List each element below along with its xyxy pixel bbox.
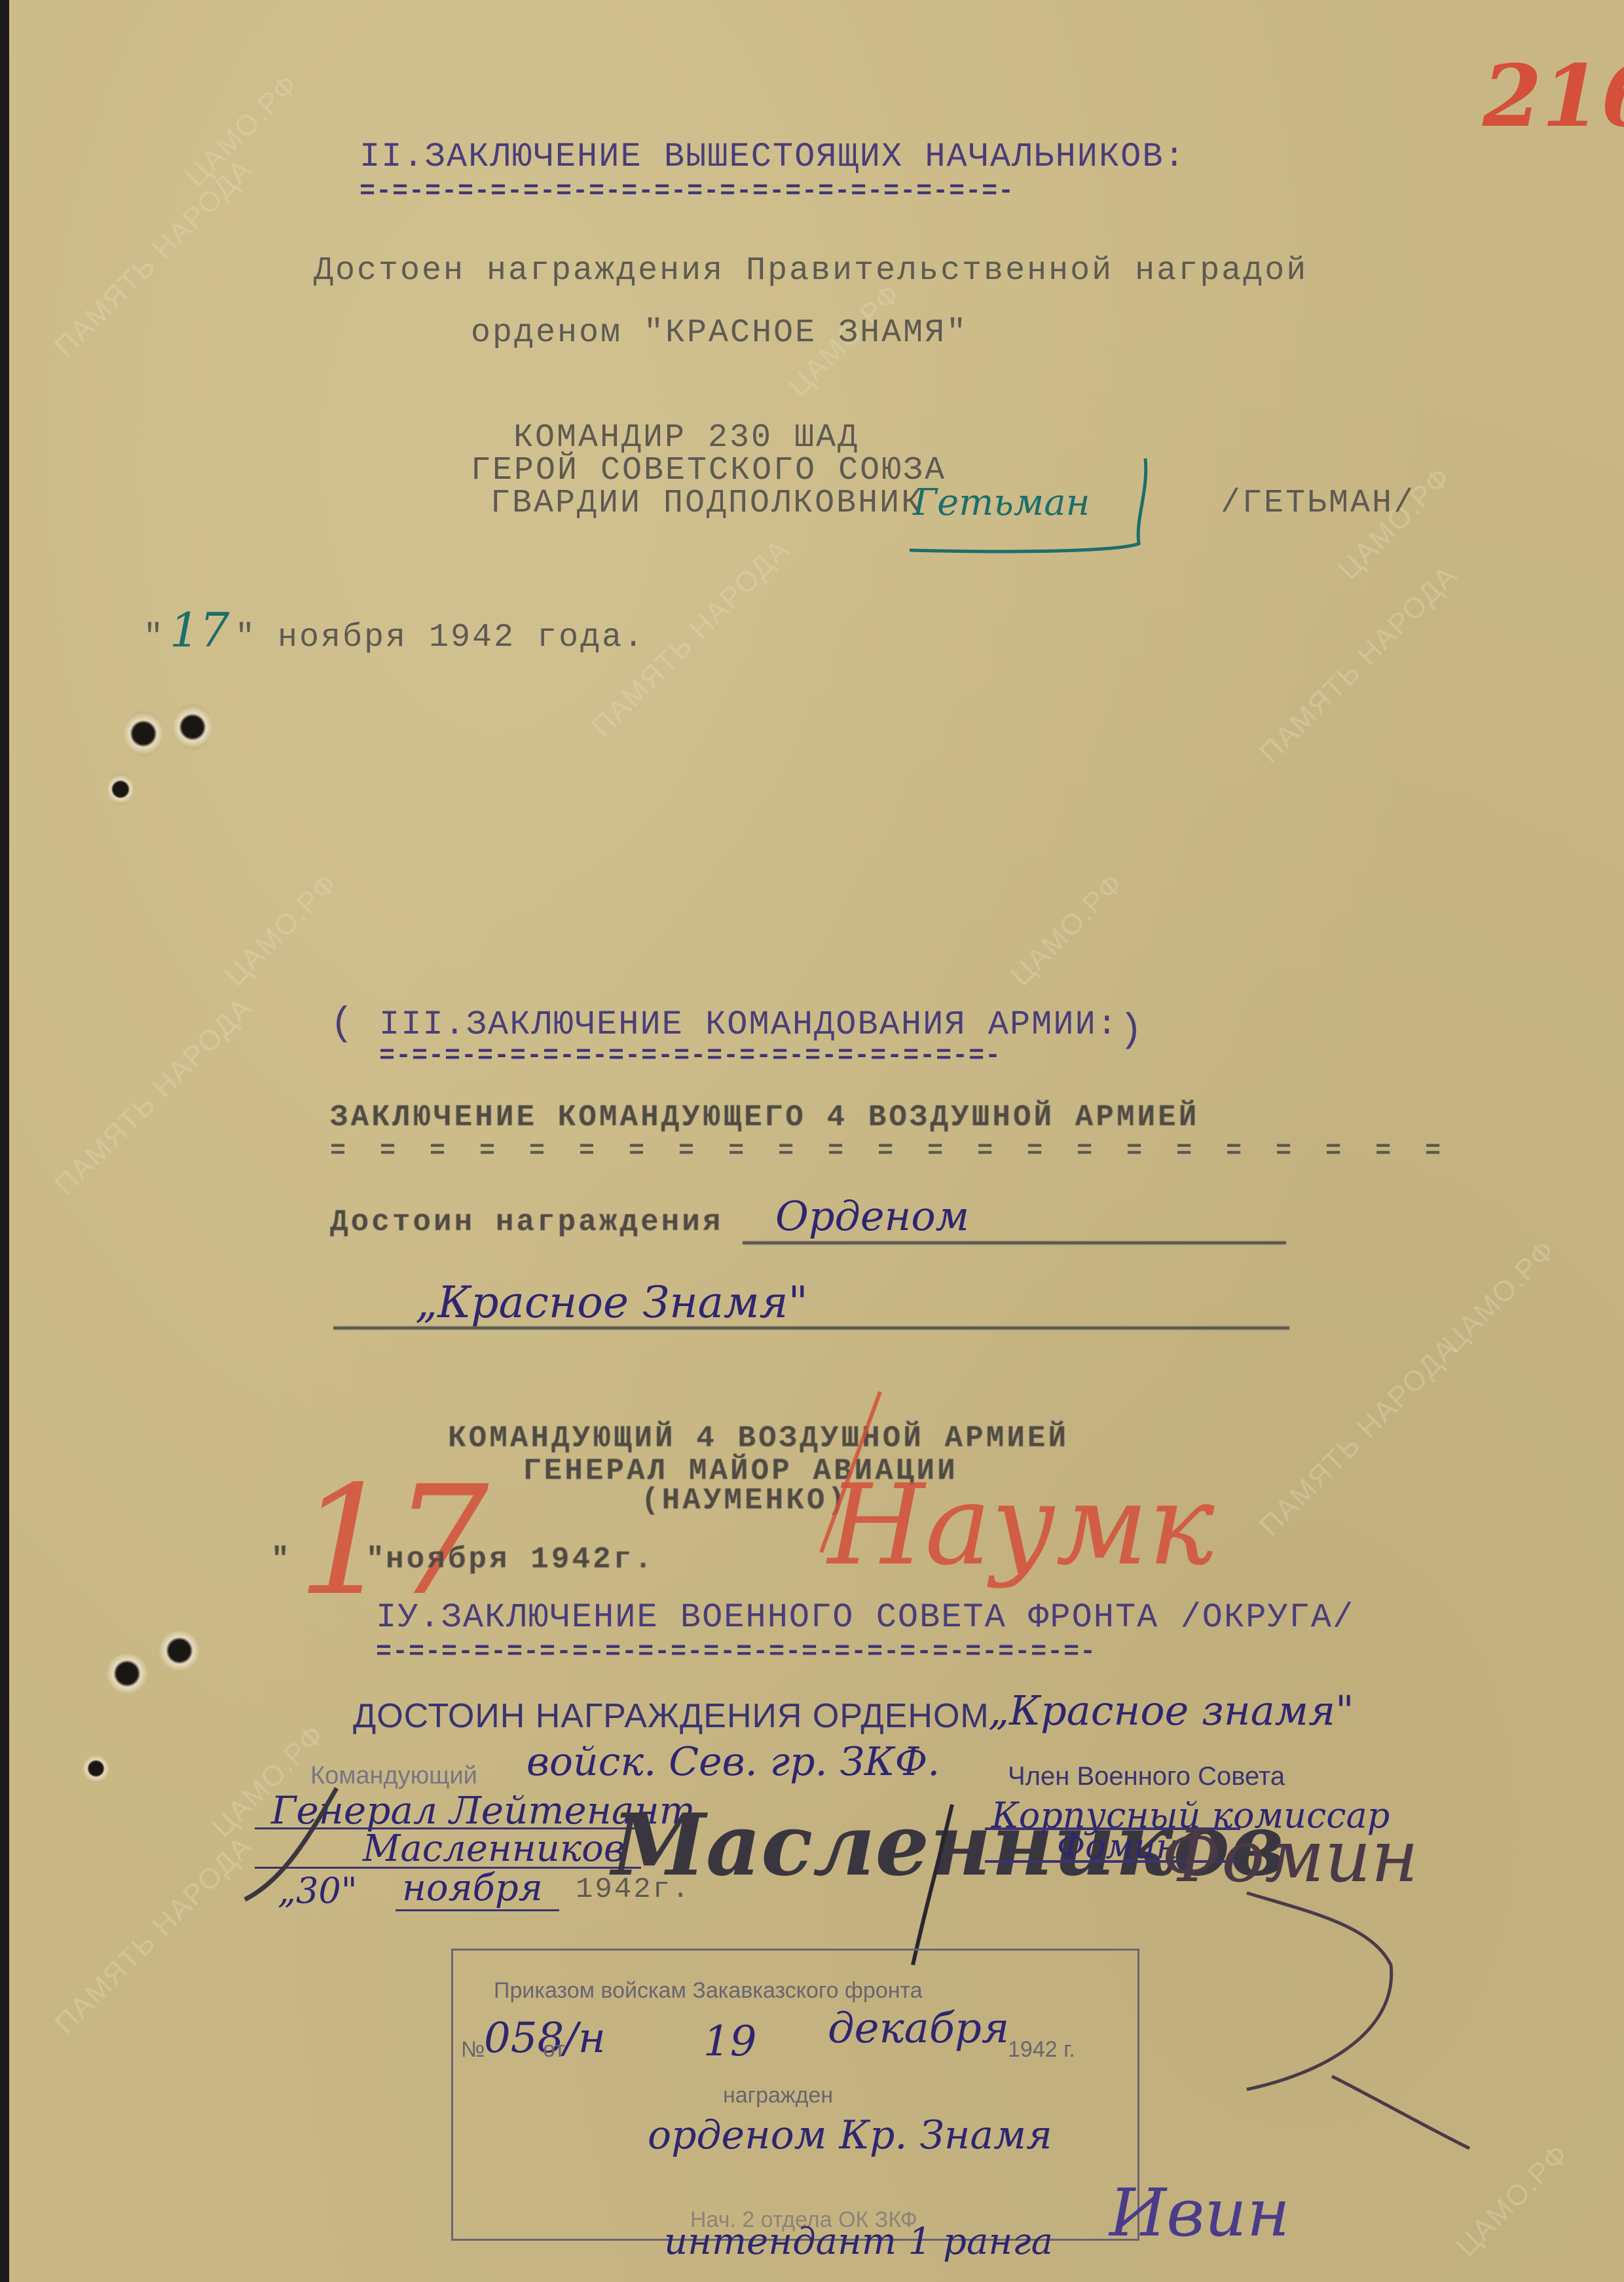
section4-member-label: Член Военного Совета [1008, 1762, 1285, 1791]
fill-line [396, 1909, 559, 1911]
section2-heading: II.ЗАКЛЮЧЕНИЕ ВЫШЕСТОЯЩИХ НАЧАЛЬНИКОВ: [360, 138, 1186, 176]
section3-sig-title1: КОМАНДУЮЩИЙ 4 ВОЗДУШНОЙ АРМИЕЙ [448, 1421, 1069, 1455]
order-stamp-from-label: от [543, 2037, 565, 2063]
page-number: 216 [1483, 46, 1624, 146]
section2-date-quote: " [143, 619, 165, 656]
watermark: ПАМЯТЬ НАРОДА [48, 1829, 259, 2040]
document-page: ЦАМО.РФ ПАМЯТЬ НАРОДА ЦАМО.РФ ЦАМО.РФ ПА… [9, 0, 1624, 2282]
section3-date-quote: " [271, 1543, 292, 1577]
punch-hole [124, 711, 163, 757]
watermark: ЦАМО.РФ [1437, 1234, 1562, 1360]
section3-heading: III.ЗАКЛЮЧЕНИЕ КОМАНДОВАНИЯ АРМИИ: [379, 1005, 1118, 1044]
watermark: ПАМЯТЬ НАРОДА [48, 991, 259, 1202]
section2-sig-title2: ГЕРОЙ СОВЕТСКОГО СОЮЗА [471, 452, 946, 489]
section4-worthy-hand: „Красное знамя" [988, 1687, 1354, 1734]
section2-sig-title1: КОМАНДИР 230 ШАД [513, 419, 859, 457]
watermark: ПАМЯТЬ НАРОДА [1253, 1332, 1464, 1543]
order-stamp-day: 19 [703, 2017, 756, 2066]
section4-date-day: „30" [278, 1870, 358, 1911]
order-stamp-year: 1942 г. [1008, 2037, 1075, 2063]
section2-date-day: 17 [170, 603, 230, 658]
order-stamp-number-label: № [461, 2037, 485, 2063]
order-stamp-chief-hand: интендант 1 ранга [664, 2220, 1053, 2263]
order-stamp-awarded-label: награжден [723, 2083, 833, 2108]
section2-sig-title3: ГВАРДИИ ПОДПОЛКОВНИК [490, 485, 923, 522]
punch-hole [173, 704, 212, 750]
section3-subheading: ЗАКЛЮЧЕНИЕ КОМАНДУЮЩЕГО 4 ВОЗДУШНОЙ АРМИ… [330, 1100, 1199, 1134]
signature-flourish-icon [887, 1801, 965, 1972]
section2-sig-name: /ГЕТЬМАН/ [1221, 485, 1415, 522]
watermark: ЦАМО.РФ [219, 867, 344, 993]
section3-date-quote: " [366, 1543, 387, 1577]
section3-worthy-hand1: Орденом [775, 1192, 969, 1240]
punch-hole [104, 1654, 150, 1693]
punch-hole [81, 1755, 111, 1782]
section4-date-month: ноября [402, 1867, 543, 1909]
section2-date-rest: ноября 1942 года. [278, 619, 645, 656]
fill-line [743, 1241, 1286, 1244]
section4-heading: IУ.ЗАКЛЮЧЕНИЕ ВОЕННОГО СОВЕТА ФРОНТА /ОК… [376, 1598, 1354, 1637]
watermark: ПАМЯТЬ НАРОДА [1253, 559, 1464, 770]
section4-commander-hand: войск. Сев. гр. ЗКФ. [526, 1739, 940, 1785]
order-stamp-month: декабря [828, 2004, 1009, 2053]
order-stamp-line1: Приказом войскам Закавказского фронта [494, 1978, 923, 2004]
section3-worthy-hand2: „Красное Знамя" [415, 1277, 808, 1328]
fill-line [333, 1326, 1289, 1330]
order-stamp-chief-signature: Ивин [1109, 2175, 1290, 2251]
watermark: ПАМЯТЬ НАРОДА [48, 153, 259, 364]
section3-underline: =-=-=-=-=-=-=-=-=-=-=-=-=-=-=-=-=-=-=- [379, 1041, 1001, 1071]
section3-worthy-label: Достоин награждения [330, 1205, 724, 1239]
signature-flourish-icon [1221, 1873, 1496, 2168]
section4-underline: =-=-=-=-=-=-=-=-=-=-=-=-=-=-=-=-=-=-=-=-… [376, 1637, 1096, 1667]
order-stamp-award: орденом Кр. Знамя [648, 2112, 1052, 2158]
section3-bracket-open: ( [330, 1002, 355, 1047]
section2-underline: =-=-=-=-=-=-=-=-=-=-=-=-=-=-=-=-=-=-=-=- [360, 177, 1014, 206]
section2-date-quote: " [235, 619, 257, 656]
punch-hole [157, 1631, 202, 1670]
section4-worthy-label: ДОСТОИН НАГРАЖДЕНИЯ ОРДЕНОМ [353, 1696, 989, 1736]
punch-hole [107, 773, 134, 806]
section3-date-rest: ноября 1942г. [386, 1543, 655, 1577]
signature-flourish-icon [906, 452, 1155, 557]
section2-line2: орденом "КРАСНОЕ ЗНАМЯ" [471, 314, 968, 352]
section2-line1: Достоен награждения Правительственной на… [314, 252, 1308, 290]
section3-sub-underline: = = = = = = = = = = = = = = = = = = = = … [330, 1136, 1450, 1166]
section4-date-year: 1942г. [576, 1873, 691, 1906]
watermark: ЦАМО.РФ [1005, 867, 1130, 993]
red-pencil-stroke-icon [808, 1389, 887, 1559]
section4-commander-name: Масленников [363, 1827, 625, 1870]
section3-bracket-close: ) [1119, 1009, 1144, 1053]
